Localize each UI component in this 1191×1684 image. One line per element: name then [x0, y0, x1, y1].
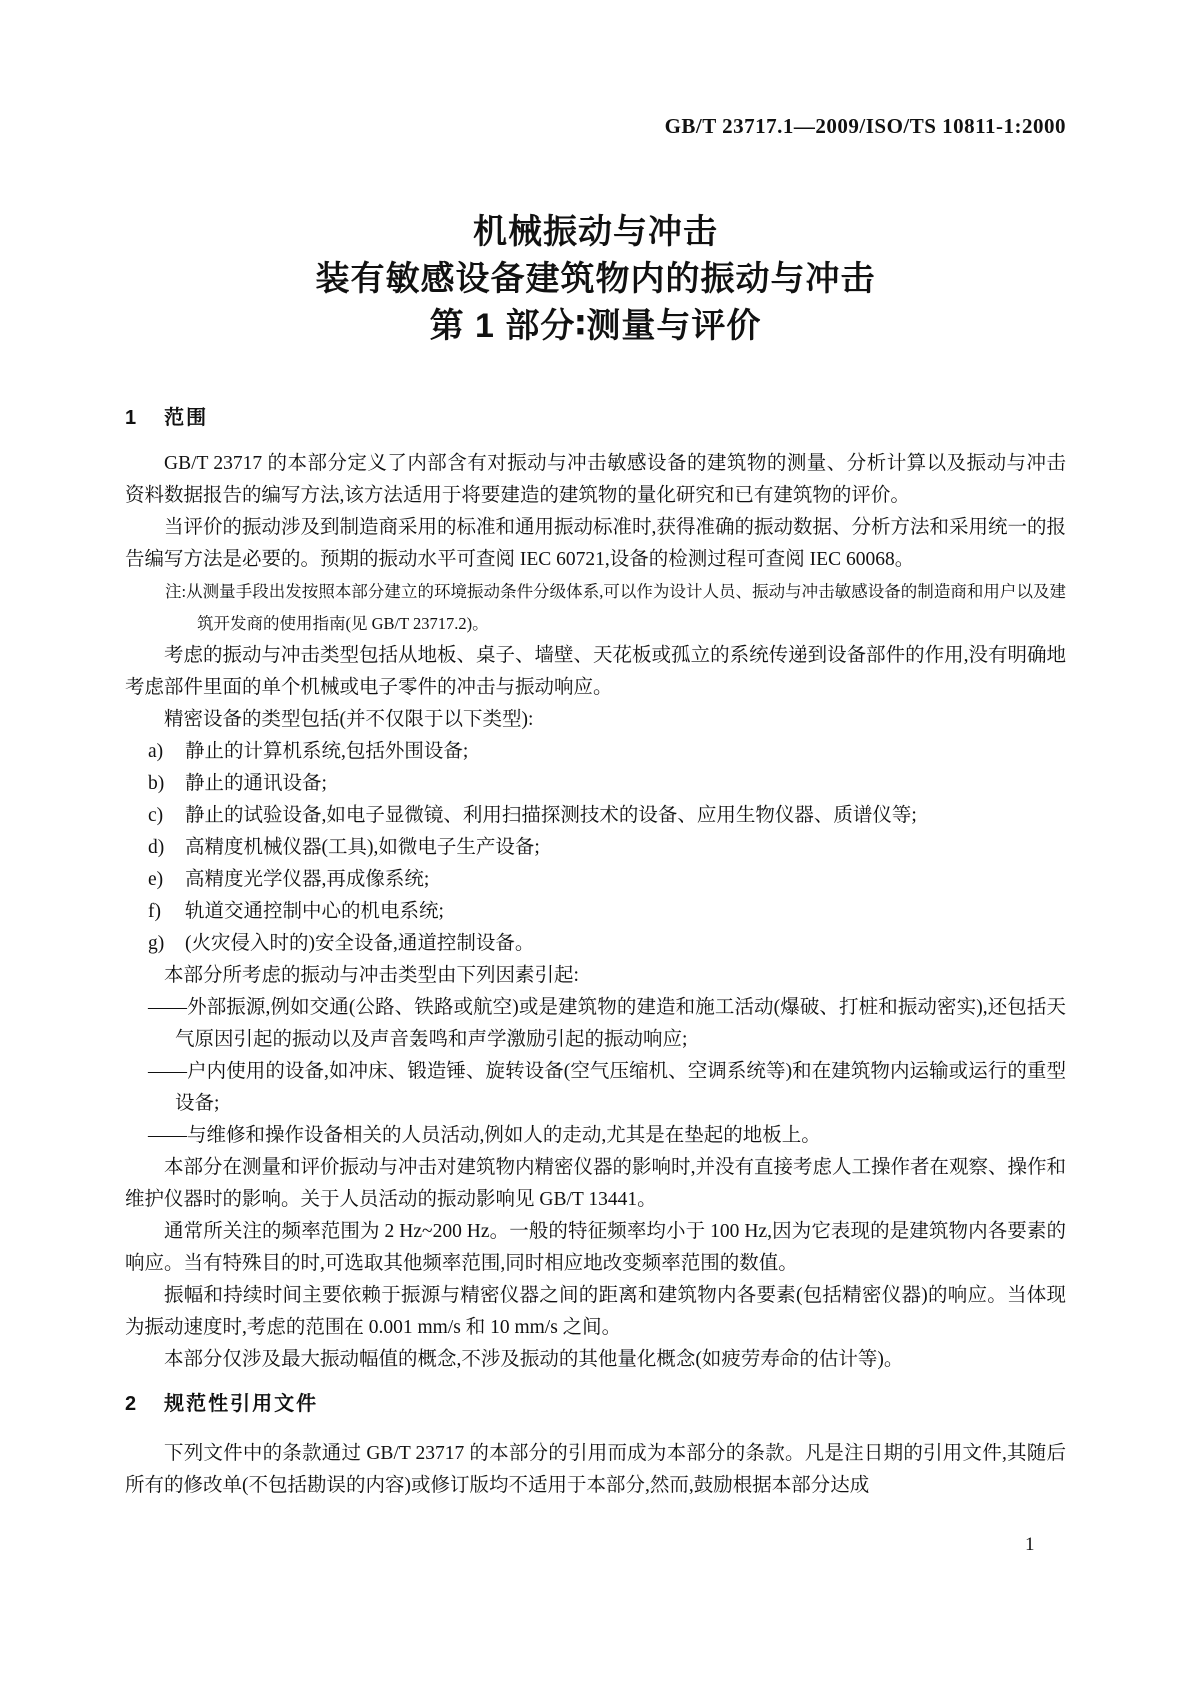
list-item-text: 高精度机械仪器(工具),如微电子生产设备;	[185, 837, 540, 858]
title-line-3: 第 1 部分∶测量与评价	[125, 303, 1066, 350]
standard-code: GB/T 23717.1—2009/ISO/TS 10811-1:2000	[125, 113, 1066, 139]
list-item-label: e)	[148, 864, 163, 896]
paragraph: 通常所关注的频率范围为 2 Hz~200 Hz。一般的特征频率均小于 100 H…	[125, 1216, 1066, 1280]
list-item-label: c)	[148, 800, 163, 832]
list-item-g: g)(火灾侵入时的)安全设备,通道控制设备。	[125, 928, 1066, 960]
list-item-d: d)高精度机械仪器(工具),如微电子生产设备;	[125, 832, 1066, 864]
paragraph: GB/T 23717 的本部分定义了内部含有对振动与冲击敏感设备的建筑物的测量、…	[125, 448, 1066, 512]
page-content: GB/T 23717.1—2009/ISO/TS 10811-1:2000 机械…	[125, 0, 1066, 1502]
paragraph: 本部分仅涉及最大振动幅值的概念,不涉及振动的其他量化概念(如疲劳寿命的估计等)。	[125, 1344, 1066, 1376]
paragraph: 本部分在测量和评价振动与冲击对建筑物内精密仪器的影响时,并没有直接考虑人工操作者…	[125, 1152, 1066, 1216]
page-number: 1	[1025, 1533, 1035, 1557]
list-item-text: 高精度光学仪器,再成像系统;	[185, 869, 429, 890]
document-page: GB/T 23717.1—2009/ISO/TS 10811-1:2000 机械…	[0, 0, 1191, 1684]
paragraph: 考虑的振动与冲击类型包括从地板、桌子、墙壁、天花板或孤立的系统传递到设备部件的作…	[125, 640, 1066, 704]
list-item-f: f)轨道交通控制中心的机电系统;	[125, 896, 1066, 928]
list-item-e: e)高精度光学仪器,再成像系统;	[125, 864, 1066, 896]
list-item-text: 静止的计算机系统,包括外围设备;	[185, 741, 468, 762]
section-1-number: 1	[125, 407, 136, 429]
paragraph: 下列文件中的条款通过 GB/T 23717 的本部分的引用而成为本部分的条款。凡…	[125, 1438, 1066, 1502]
paragraph: 精密设备的类型包括(并不仅限于以下类型):	[125, 704, 1066, 736]
list-item-a: a)静止的计算机系统,包括外围设备;	[125, 736, 1066, 768]
paragraph: 当评价的振动涉及到制造商采用的标准和通用振动标准时,获得准确的振动数据、分析方法…	[125, 512, 1066, 576]
list-item-label: a)	[148, 736, 163, 768]
list-item-b: b)静止的通讯设备;	[125, 768, 1066, 800]
section-2-title: 规范性引用文件	[164, 1393, 318, 1415]
list-item-text: 静止的试验设备,如电子显微镜、利用扫描探测技术的设备、应用生物仪器、质谱仪等;	[185, 805, 917, 826]
list-item-label: b)	[148, 768, 164, 800]
section-2-heading: 2规范性引用文件	[125, 1390, 1066, 1418]
list-item-c: c)静止的试验设备,如电子显微镜、利用扫描探测技术的设备、应用生物仪器、质谱仪等…	[125, 800, 1066, 832]
dash-list-item: ——外部振源,例如交通(公路、铁路或航空)或是建筑物的建造和施工活动(爆破、打桩…	[125, 992, 1066, 1056]
paragraph: 振幅和持续时间主要依赖于振源与精密仪器之间的距离和建筑物内各要素(包括精密仪器)…	[125, 1280, 1066, 1344]
list-item-label: d)	[148, 832, 164, 864]
list-item-label: g)	[148, 928, 164, 960]
document-title: 机械振动与冲击 装有敏感设备建筑物内的振动与冲击 第 1 部分∶测量与评价	[125, 209, 1066, 350]
section-1-heading: 1范围	[125, 404, 1066, 432]
title-line-2: 装有敏感设备建筑物内的振动与冲击	[125, 256, 1066, 303]
paragraph: 本部分所考虑的振动与冲击类型由下列因素引起:	[125, 960, 1066, 992]
list-item-text: 轨道交通控制中心的机电系统;	[185, 901, 444, 922]
list-item-text: 静止的通讯设备;	[185, 773, 327, 794]
note-paragraph: 注:从测量手段出发按照本部分建立的环境振动条件分级体系,可以作为设计人员、振动与…	[125, 576, 1066, 640]
dash-list-item: ——户内使用的设备,如冲床、锻造锤、旋转设备(空气压缩机、空调系统等)和在建筑物…	[125, 1056, 1066, 1120]
dash-list-item: ——与维修和操作设备相关的人员活动,例如人的走动,尤其是在垫起的地板上。	[125, 1120, 1066, 1152]
section-2-number: 2	[125, 1393, 136, 1415]
title-line-1: 机械振动与冲击	[125, 209, 1066, 256]
section-1-title: 范围	[164, 407, 208, 429]
list-item-label: f)	[148, 896, 161, 928]
list-item-text: (火灾侵入时的)安全设备,通道控制设备。	[185, 933, 534, 954]
